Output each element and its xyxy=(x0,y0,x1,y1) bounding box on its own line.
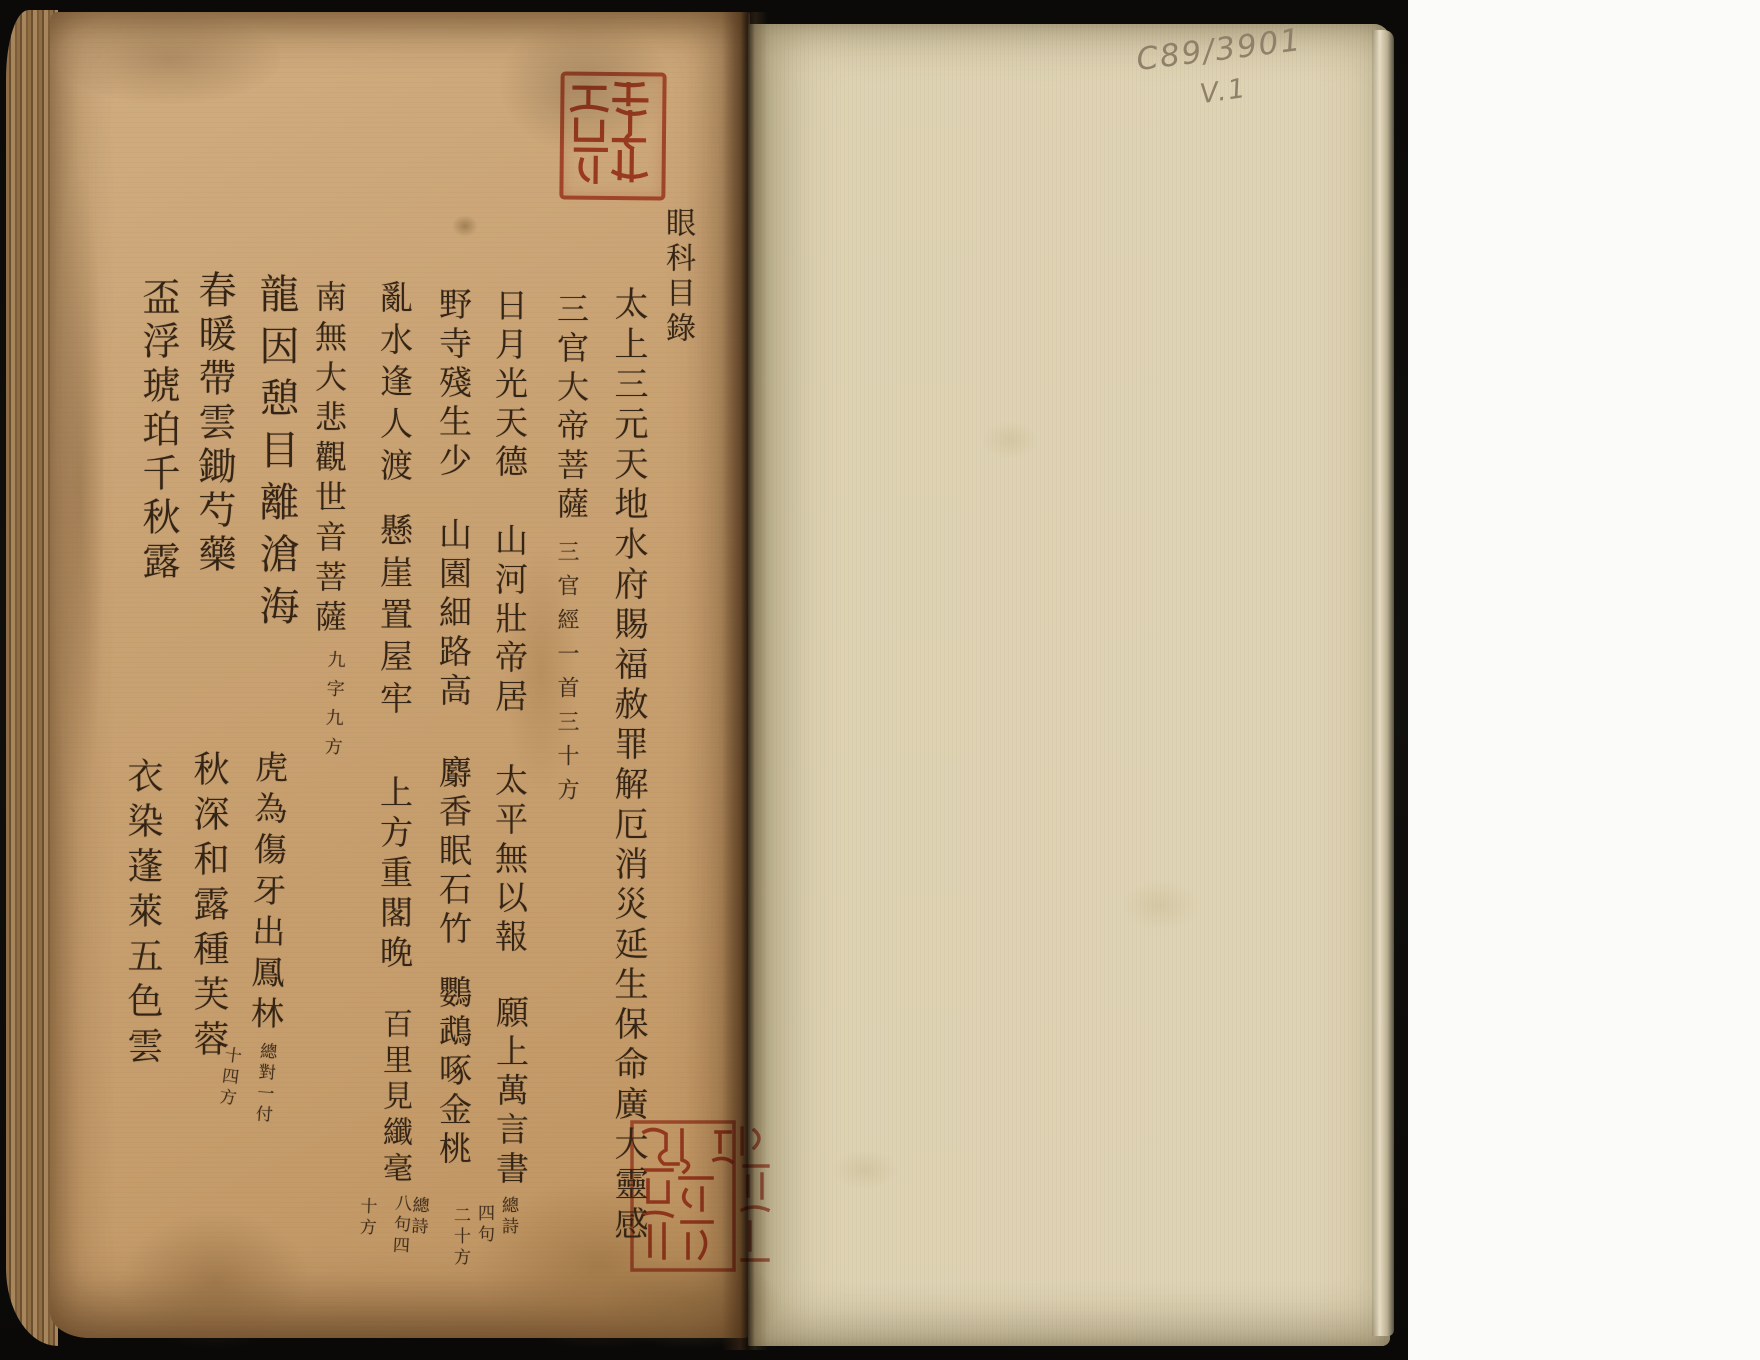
paper-texture xyxy=(748,24,1390,1346)
left-page xyxy=(50,12,750,1338)
paper-texture xyxy=(50,12,750,1338)
volume-note: V.1 xyxy=(1198,73,1249,110)
right-page xyxy=(748,24,1390,1346)
page-gutter xyxy=(722,12,768,1350)
right-page-edge xyxy=(1372,30,1394,1336)
manuscript-scan: 眼科目錄太上三元天地水府賜福赦罪解厄消災延生保命廣大靈感三官大帝菩薩三官經一首三… xyxy=(0,0,1760,1360)
